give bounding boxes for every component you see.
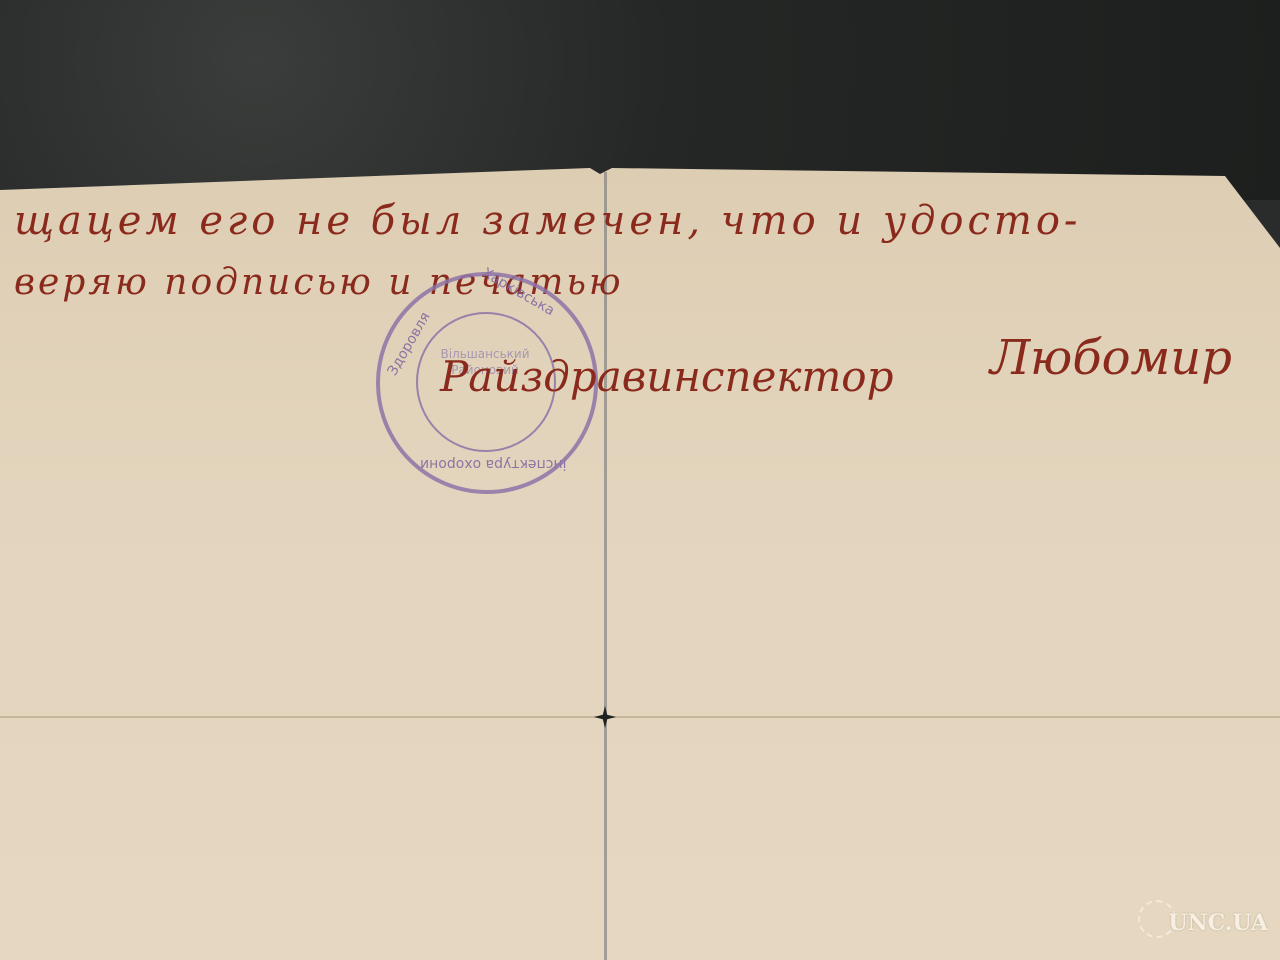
watermark: UNC.UA — [1168, 910, 1268, 936]
stamp-bottom-text: інспектура охорони — [420, 456, 566, 472]
horizontal-fold — [0, 716, 1280, 718]
handwritten-title: Райздравинспектор — [440, 352, 893, 401]
signature: Любомир — [990, 330, 1232, 386]
handwritten-line-1: щацем его не был замечен, что и удосто- — [14, 198, 1081, 244]
